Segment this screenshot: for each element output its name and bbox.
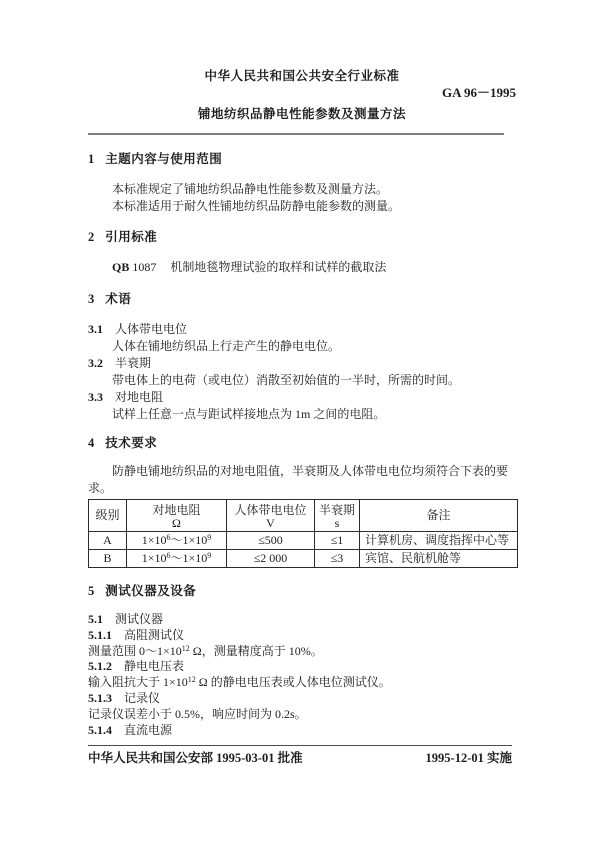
- reference-number: 1087: [132, 260, 156, 274]
- section-5-title: 测试仪器及设备: [105, 584, 196, 598]
- section-4-number: 4: [88, 435, 94, 451]
- grade-cell: A: [89, 532, 127, 550]
- section-2-heading: 2引用标准: [88, 229, 516, 245]
- potential-cell: ≤2 000: [227, 550, 315, 568]
- section-3-number: 3: [88, 291, 94, 307]
- document-content: 中华人民共和国公共安全行业标准 GA 96－1995 铺地纺织品静电性能参数及测…: [88, 69, 516, 738]
- section-4-paragraph: 防静电铺地纺织品的对地电阻值，半衰期及人体带电电位均须符合下表的要: [88, 463, 516, 480]
- section-2-title: 引用标准: [105, 230, 157, 244]
- section-3-heading: 3术语: [88, 291, 516, 307]
- resistance-cell: 1×106～1×109: [127, 550, 227, 568]
- term-heading: 3.2半衰期: [88, 355, 516, 372]
- table-row: A 1×106～1×109 ≤500 ≤1 计算机房、调度指挥中心等: [89, 532, 518, 550]
- subsection-heading: 5.1.4直流电源: [88, 723, 516, 739]
- section-3-title: 术语: [105, 292, 131, 306]
- subsection-heading: 5.1.3记录仪: [88, 691, 516, 707]
- footer-rule: [88, 745, 512, 746]
- document-page: { "header": { "standard_category": "中华人民…: [0, 0, 600, 849]
- header-potential: 人体带电电位 V: [227, 500, 315, 532]
- resistance-cell: 1×106～1×109: [127, 532, 227, 550]
- section-3-body: 3.1人体带电电位 人体在铺地纺织品上行走产生的静电电位。 3.2半衰期 带电体…: [88, 321, 516, 423]
- header-half-life: 半衰期 s: [315, 500, 360, 532]
- section-4-heading: 4技术要求: [88, 435, 516, 451]
- standard-category: 中华人民共和国公共安全行业标准: [88, 69, 516, 83]
- subsection-body: 记录仪误差小于 0.5%，响应时间为 0.2s。: [88, 707, 516, 723]
- grade-cell: B: [89, 550, 127, 568]
- subsection-heading: 5.1测试仪器: [88, 612, 516, 628]
- page-footer: 中华人民共和国公安部 1995-03-01 批准 1995-12-01 实施: [88, 745, 512, 766]
- section-5-number: 5: [88, 583, 94, 599]
- header-remark: 备注: [360, 500, 518, 532]
- subsection-heading: 5.1.2静电电压表: [88, 659, 516, 675]
- term-heading: 3.1人体带电电位: [88, 321, 516, 338]
- table-header-row: 级别 对地电阻 Ω 人体带电电位 V 半衰期 s 备注: [89, 500, 518, 532]
- term-definition: 试样上任意一点与距试样接地点为 1m 之间的电阻。: [88, 406, 516, 423]
- table-row: B 1×106～1×109 ≤2 000 ≤3 宾馆、民航机舱等: [89, 550, 518, 568]
- potential-cell: ≤500: [227, 532, 315, 550]
- reference-title: 机制地毯物理试验的取样和试样的截取法: [170, 260, 386, 274]
- section-1-title: 主题内容与使用范围: [105, 152, 222, 166]
- subsection-body: 输入阻抗大于 1×1012 Ω 的静电电压表或人体电位测试仪。: [88, 675, 516, 691]
- half-life-cell: ≤3: [315, 550, 360, 568]
- section-1-number: 1: [88, 151, 94, 167]
- reference-standard-line: QB 1087机制地毯物理试验的取样和试样的截取法: [88, 259, 516, 276]
- reference-code: QB: [112, 260, 129, 274]
- header-grade: 级别: [89, 500, 127, 532]
- section-4-title: 技术要求: [105, 436, 157, 450]
- section-1-paragraph: 本标准适用于耐久性铺地纺织品防静电能参数的测量。: [88, 198, 516, 215]
- document-title: 铺地纺织品静电性能参数及测量方法: [88, 107, 516, 121]
- section-4-paragraph: 求。: [88, 480, 516, 497]
- section-5-body: 5.1测试仪器 5.1.1高阻测试仪 测量范围 0～1×1012 Ω，测量精度高…: [88, 612, 516, 738]
- approval-note: 中华人民共和国公安部 1995-03-01 批准: [88, 751, 303, 766]
- section-4-body: 防静电铺地纺织品的对地电阻值，半衰期及人体带电电位均须符合下表的要 求。: [88, 463, 516, 497]
- standard-number: GA 96－1995: [88, 86, 516, 100]
- implementation-note: 1995-12-01 实施: [426, 751, 512, 766]
- remark-cell: 宾馆、民航机舱等: [360, 550, 518, 568]
- header-rule: [88, 133, 504, 135]
- section-2-number: 2: [88, 229, 94, 245]
- subsection-body: 测量范围 0～1×1012 Ω，测量精度高于 10%。: [88, 644, 516, 660]
- section-1-heading: 1主题内容与使用范围: [88, 151, 516, 167]
- half-life-cell: ≤1: [315, 532, 360, 550]
- subsection-heading: 5.1.1高阻测试仪: [88, 628, 516, 644]
- section-1-body: 本标准规定了铺地纺织品静电性能参数及测量方法。 本标准适用于耐久性铺地纺织品防静…: [88, 181, 516, 215]
- term-definition: 带电体上的电荷（或电位）消散至初始值的一半时，所需的时间。: [88, 372, 516, 389]
- header-resistance: 对地电阻 Ω: [127, 500, 227, 532]
- section-5-heading: 5测试仪器及设备: [88, 583, 516, 599]
- term-heading: 3.3对地电阻: [88, 389, 516, 406]
- document-header: 中华人民共和国公共安全行业标准 GA 96－1995 铺地纺织品静电性能参数及测…: [88, 69, 516, 135]
- requirements-table: 级别 对地电阻 Ω 人体带电电位 V 半衰期 s 备注 A 1×106～1×: [88, 499, 518, 568]
- term-definition: 人体在铺地纺织品上行走产生的静电电位。: [88, 338, 516, 355]
- section-1-paragraph: 本标准规定了铺地纺织品静电性能参数及测量方法。: [88, 181, 516, 198]
- remark-cell: 计算机房、调度指挥中心等: [360, 532, 518, 550]
